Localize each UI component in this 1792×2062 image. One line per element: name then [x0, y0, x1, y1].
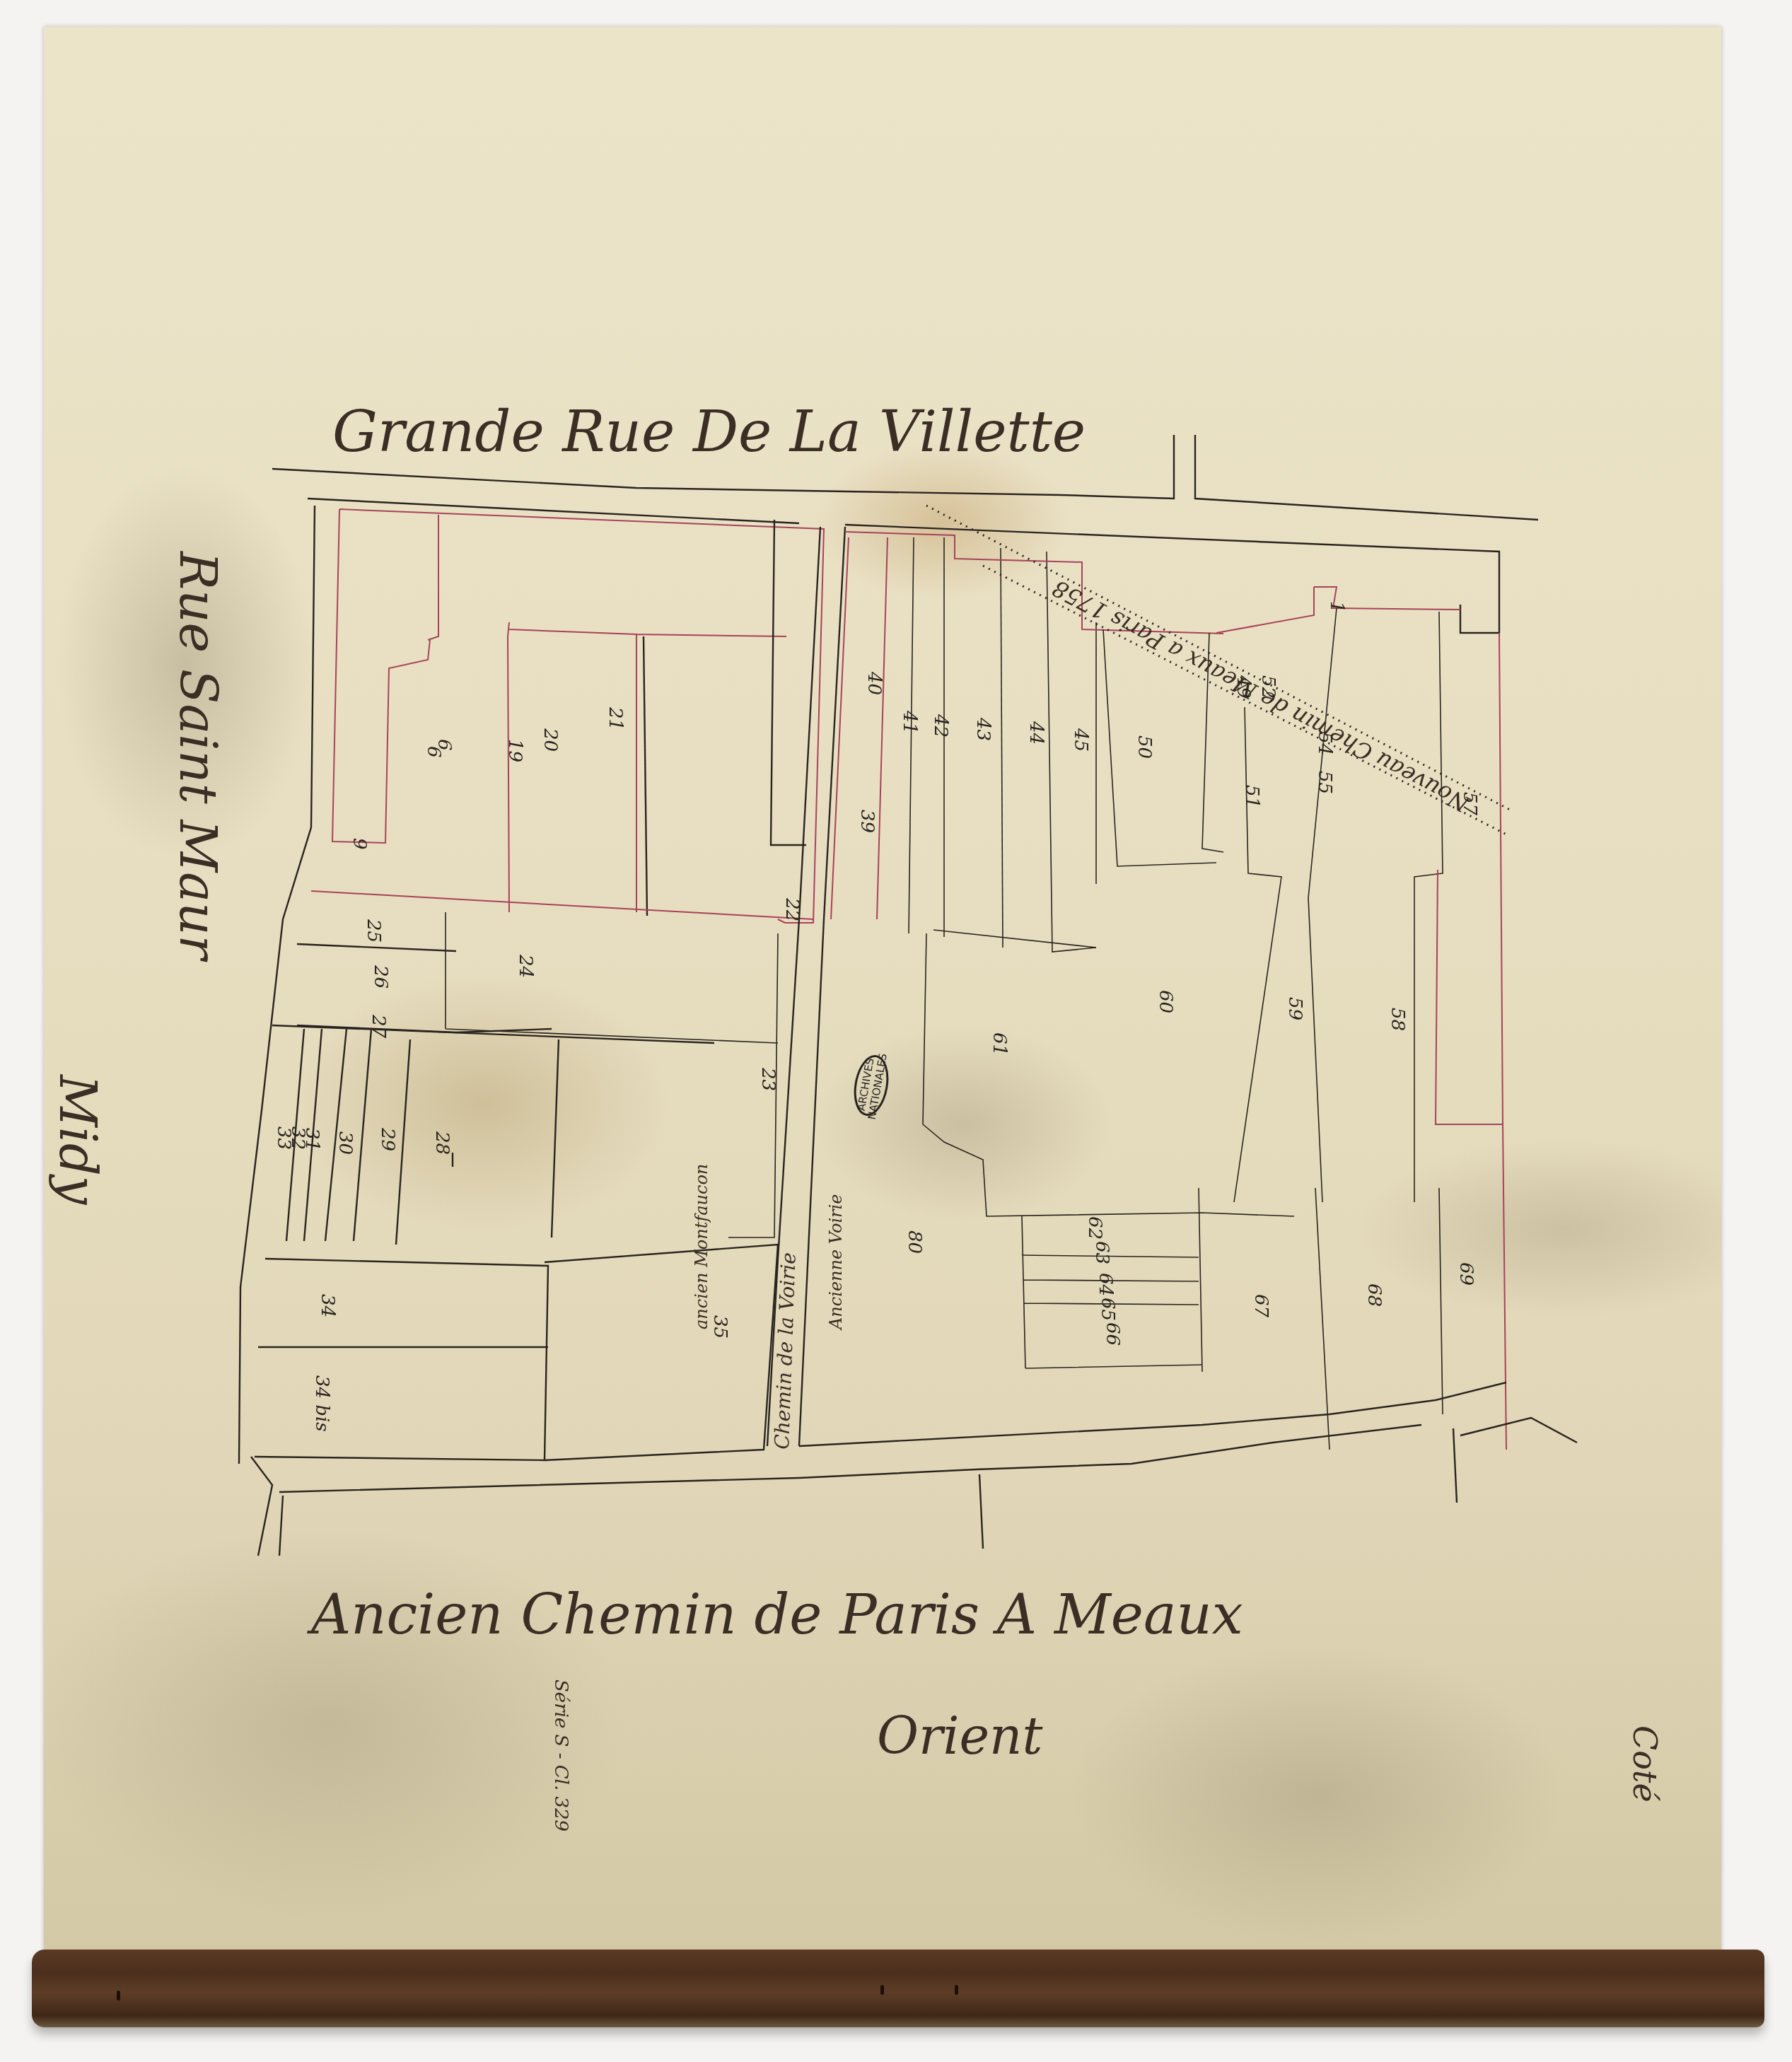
parcel-label: 35	[709, 1315, 731, 1339]
parcel-label: 42	[930, 713, 951, 738]
strip-43-44	[1001, 548, 1003, 948]
parcel-label: 34	[317, 1294, 338, 1317]
left-block-middle	[297, 944, 552, 1032]
label-midy: Midy	[48, 1073, 107, 1206]
corner-note: Coté	[1626, 1725, 1664, 1802]
nouveau-chemin-north-line	[926, 506, 1510, 810]
label-rue-saint-maur: Rue Saint Maur	[168, 550, 228, 962]
parcel-label: 9	[349, 838, 370, 850]
corner-note-group: Coté	[1626, 1725, 1664, 1802]
map-stage: Grande Rue De La Villette Rue Saint Maur…	[0, 0, 1792, 2062]
shelfmark: Série S - Cl. 329	[550, 1679, 571, 1831]
parcel-67-69	[1199, 1188, 1443, 1450]
label-ancienne-voirie: Ancienne Voirie	[826, 1194, 846, 1331]
label-grande-rue: Grande Rue De La Villette	[332, 399, 1086, 465]
parcel-label: 44	[1025, 721, 1047, 745]
parcel-21-divider	[771, 520, 806, 845]
parcel-label: 69	[1455, 1262, 1477, 1286]
roller-knot	[117, 1991, 120, 2000]
parcel-label: 23	[757, 1067, 779, 1091]
plot-north-edge	[308, 499, 1499, 633]
west-street-line-outer	[251, 1457, 272, 1556]
parcel-label: 43	[972, 717, 994, 741]
parcel-label: 52	[1257, 675, 1279, 699]
parcel-label: 27	[368, 1014, 389, 1039]
label-ancienne-voirie-group: Ancienne Voirie	[826, 1194, 846, 1331]
parcel-label: 51	[1241, 785, 1262, 808]
parcel-20-divider	[644, 636, 647, 916]
parcel-label: 59	[1284, 997, 1305, 1020]
label-ancien-montfaucon: ancien Montfaucon	[692, 1164, 711, 1329]
wooden-roller	[32, 1950, 1764, 2027]
parcel-label: 21	[605, 706, 626, 730]
parcel-label: 1	[1326, 601, 1347, 613]
parcel-label: 62	[1084, 1216, 1105, 1240]
cadastral-map: Grande Rue De La Villette Rue Saint Maur…	[0, 0, 1792, 2062]
strip-41-42	[909, 537, 914, 933]
shelfmark-group: Série S - Cl. 329	[550, 1679, 571, 1831]
left-block-bottom	[311, 891, 813, 919]
parcel-label: 64	[1095, 1273, 1116, 1296]
parcel-label: 66	[1102, 1322, 1123, 1346]
parcel-51-edge	[1202, 633, 1281, 1202]
parcel-label: 45	[1070, 728, 1091, 752]
label-ancien-chemin: Ancien Chemin de Paris A Meaux	[307, 1583, 1243, 1647]
parcel-label: 61	[989, 1032, 1010, 1056]
parcel-label: 49	[1233, 675, 1254, 699]
west-street-line	[239, 506, 315, 1464]
parcel-label: 25	[363, 919, 384, 943]
parcel-label: 20	[540, 728, 561, 752]
parcel-label: 68	[1363, 1283, 1385, 1307]
block-upper-red	[845, 532, 1223, 634]
parcel-label: 67	[1250, 1294, 1272, 1318]
parcel-label: 54	[1314, 732, 1335, 755]
parcel-label: 65	[1097, 1298, 1118, 1321]
parcel-label: 58	[1387, 1008, 1408, 1031]
label-midy-group: Midy	[48, 1073, 107, 1206]
roller-knot	[955, 1985, 958, 1995]
parcel-55-strip	[1308, 608, 1337, 1202]
parcel-label: 39	[856, 810, 878, 833]
parcel-label: 50	[1134, 735, 1155, 759]
strip-40-41	[877, 537, 888, 919]
parcel-label: 80	[904, 1230, 925, 1254]
left-block-boundary	[332, 509, 824, 923]
parcel-label: 24	[515, 954, 536, 978]
parcel-label: 41	[899, 710, 920, 734]
parcel-label: 28	[431, 1131, 453, 1155]
parcel-label: 40	[863, 671, 885, 695]
parcel-label: 55	[1314, 771, 1335, 794]
label-montfaucon-group: ancien Montfaucon	[692, 1164, 711, 1329]
parcel-label: 26	[370, 965, 391, 989]
parcel-label: 22	[781, 897, 803, 921]
parcel-label: 6	[434, 739, 455, 751]
right-edge-red	[1436, 633, 1506, 1450]
parcel-label: 34 bis	[311, 1375, 332, 1432]
label-rue-west-group: Rue Saint Maur	[168, 550, 228, 962]
south-parcel-edge	[799, 1382, 1506, 1446]
parcel-label: 30	[334, 1131, 356, 1155]
roller-knot	[880, 1985, 884, 1995]
archives-nationales-stamp: ARCHIVES NATIONALES	[850, 1050, 892, 1122]
parcel-58-strip	[1414, 612, 1443, 1202]
parcel-label: 29	[377, 1127, 398, 1151]
parcel-24-box	[446, 912, 778, 1237]
label-orient: Orient	[877, 1706, 1043, 1766]
parcel-label: 33	[273, 1126, 294, 1150]
parcel-label: 60	[1155, 990, 1176, 1013]
parcels-28-mid	[453, 1039, 559, 1237]
parcel-label: 63	[1091, 1241, 1112, 1264]
parcel-label: 57	[1459, 792, 1480, 816]
parcel-label: 19	[504, 739, 525, 762]
